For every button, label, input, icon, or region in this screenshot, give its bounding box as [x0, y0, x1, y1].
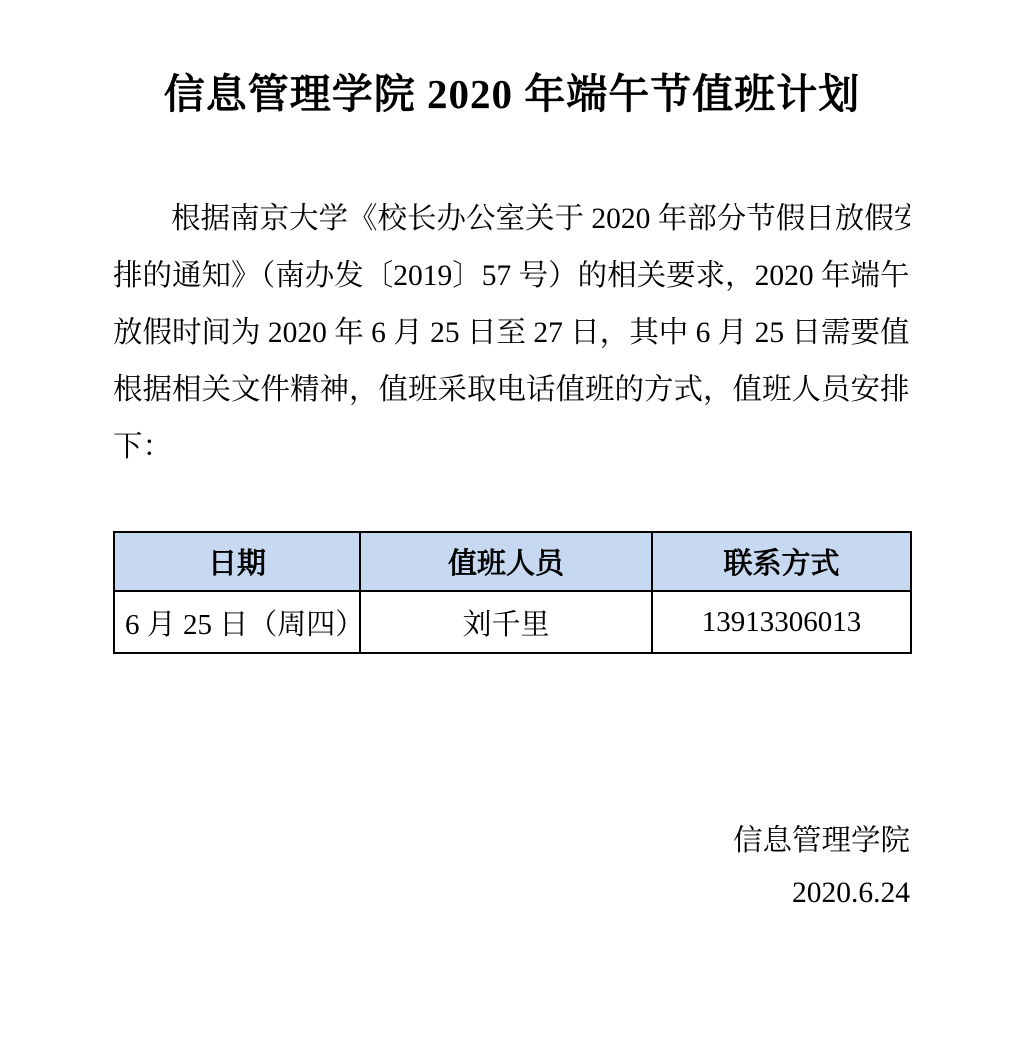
signature-department: 信息管理学院 — [733, 815, 910, 867]
paragraph-line-4: 根据相关文件精神，值班采取电话值班的方式，值班人员安排如 — [113, 362, 910, 419]
document-page: 信息管理学院 2020 年端午节值班计划 根据南京大学《校长办公室关于 2020… — [0, 0, 1024, 1059]
table-row: 6 月 25 日（周四） 刘千里 13913306013 — [114, 591, 911, 653]
duty-schedule-table: 日期 值班人员 联系方式 6 月 25 日（周四） 刘千里 1391330601… — [113, 531, 912, 654]
paragraph-line-5: 下： — [113, 419, 910, 476]
table-header-date: 日期 — [114, 532, 360, 591]
table-header-contact: 联系方式 — [652, 532, 911, 591]
paragraph-line-2: 排的通知》（南办发〔2019〕57 号）的相关要求，2020 年端午节 — [113, 248, 910, 305]
signature-date: 2020.6.24 — [733, 867, 910, 919]
cell-contact: 13913306013 — [652, 591, 911, 653]
signature-block: 信息管理学院 2020.6.24 — [733, 815, 910, 919]
paragraph-line-1: 根据南京大学《校长办公室关于 2020 年部分节假日放假安 — [113, 191, 910, 248]
cell-person: 刘千里 — [360, 591, 652, 653]
cell-date: 6 月 25 日（周四） — [114, 591, 360, 653]
body-paragraph: 根据南京大学《校长办公室关于 2020 年部分节假日放假安 排的通知》（南办发〔… — [113, 191, 910, 476]
table-header-person: 值班人员 — [360, 532, 652, 591]
document-title: 信息管理学院 2020 年端午节值班计划 — [0, 66, 1024, 122]
paragraph-line-3: 放假时间为 2020 年 6 月 25 日至 27 日，其中 6 月 25 日需… — [113, 305, 910, 362]
table-header-row: 日期 值班人员 联系方式 — [114, 532, 911, 591]
